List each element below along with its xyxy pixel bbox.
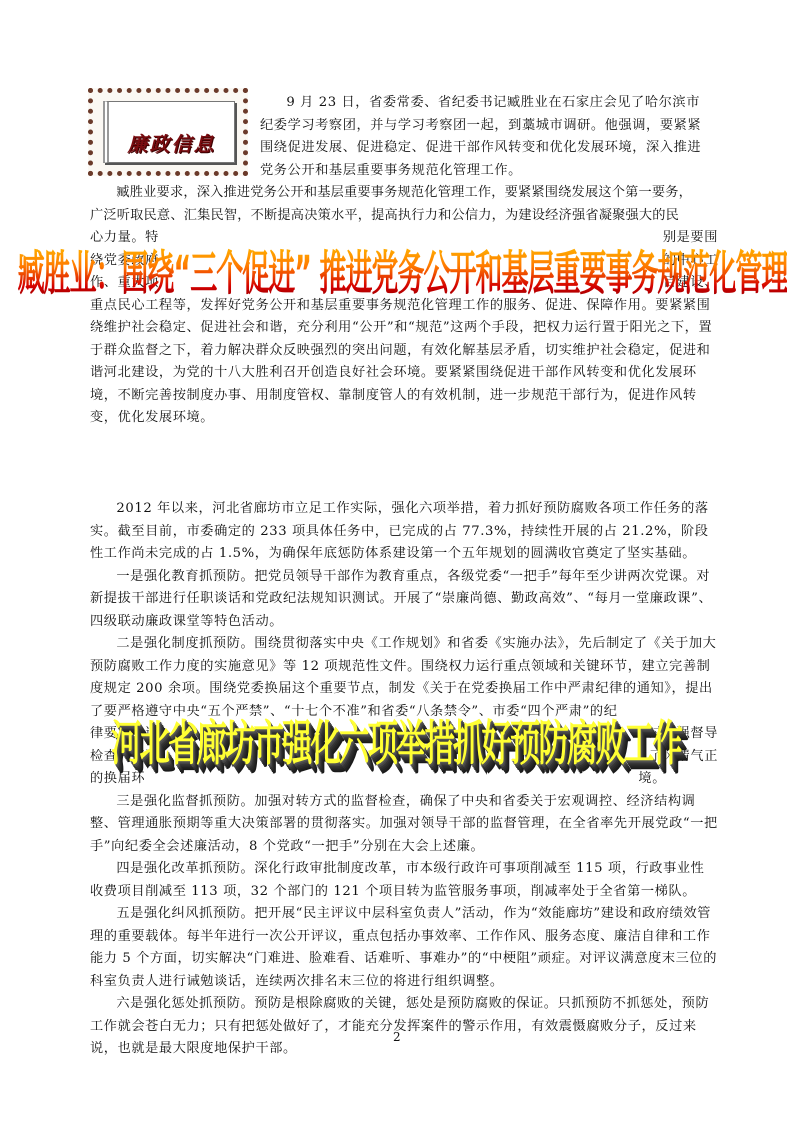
article1-intro-line: 纪委学习考察团，并与学习考察团一起，到藁城市调研。他强调，要紧紧 — [260, 115, 720, 138]
article1-body: 臧胜业要求，深入推进党务公开和基层重要事务规范化管理工作，要紧紧围绕发展这个第一… — [90, 182, 718, 430]
page-number: 2 — [393, 1030, 401, 1044]
article2-paragraph: 五是强化纠风抓预防。把开展“民主评议中层科室负责人”活动，作为“效能廊坊”建设和… — [90, 903, 718, 993]
logo-box-lianzheng-xinxi: 廉政信息 — [88, 88, 248, 176]
article2-paragraph: 三是强化监督抓预防。加强对转方式的监督检查，确保了中央和省委关于宏观调控、经济结… — [90, 791, 718, 859]
logo-text: 廉政信息 — [109, 128, 234, 157]
article2-paragraph: 六是强化惩处抓预防。预防是根除腐败的关键，惩处是预防腐败的保证。只抓预防不抓惩处… — [90, 993, 718, 1061]
article1-para-line: 广泛听取民意、汇集民智，不断提高决策水平，提高执行力和公信力，为建设经济强省凝聚… — [90, 205, 718, 228]
article1-para-continued: 重点民心工程等，发挥好党务公开和基层重要事务规范化管理工作的服务、促进、保障作用… — [90, 295, 718, 430]
document-page: 廉政信息 9 月 23 日，省委常委、省纪委书记臧胜业在石家庄会见了哈尔滨市 纪… — [0, 0, 794, 1123]
headline-wordart-2: 河北省廊坊市强化六项举措抓好预防腐败工作 — [162, 706, 630, 774]
article1-intro-line: 9 月 23 日，省委常委、省纪委书记臧胜业在石家庄会见了哈尔滨市 — [260, 92, 720, 115]
headline-wordart-1: 臧胜业：围绕“三个促进” 推进党务公开和基层重要事务规范化管理 — [170, 238, 635, 300]
headline-1-text: 臧胜业：围绕“三个促进” 推进党务公开和基层重要事务规范化管理 — [18, 235, 788, 303]
article1-intro-line: 党务公开和基层重要事务规范化管理工作。 — [260, 160, 720, 183]
article2-paragraph: 一是强化教育抓预防。把党员领导干部作为教育重点，各级党委“一把手”每年至少讲两次… — [90, 566, 718, 634]
article2-paragraph: 2012 年以来，河北省廊坊市立足工作实际，强化六项举措，着力抓好预防腐败各项工… — [90, 498, 718, 566]
article1-intro: 9 月 23 日，省委常委、省纪委书记臧胜业在石家庄会见了哈尔滨市 纪委学习考察… — [260, 92, 720, 182]
article1-intro-line: 围绕促进发展、促进稳定、促进干部作风转变和优化发展环境，深入推进 — [260, 137, 720, 160]
article2-body: 2012 年以来，河北省廊坊市立足工作实际，强化六项举措，着力抓好预防腐败各项工… — [90, 498, 718, 1061]
article2-paragraph: 四是强化改革抓预防。深化行政审批制度改革，市本级行政许可事项削减至 115 项，… — [90, 858, 718, 903]
headline-2-text: 河北省廊坊市强化六项举措抓好预防腐败工作 — [111, 706, 681, 775]
article1-para-line: 臧胜业要求，深入推进党务公开和基层重要事务规范化管理工作，要紧紧围绕发展这个第一… — [90, 182, 718, 205]
logo-inner-frame: 廉政信息 — [103, 101, 235, 163]
